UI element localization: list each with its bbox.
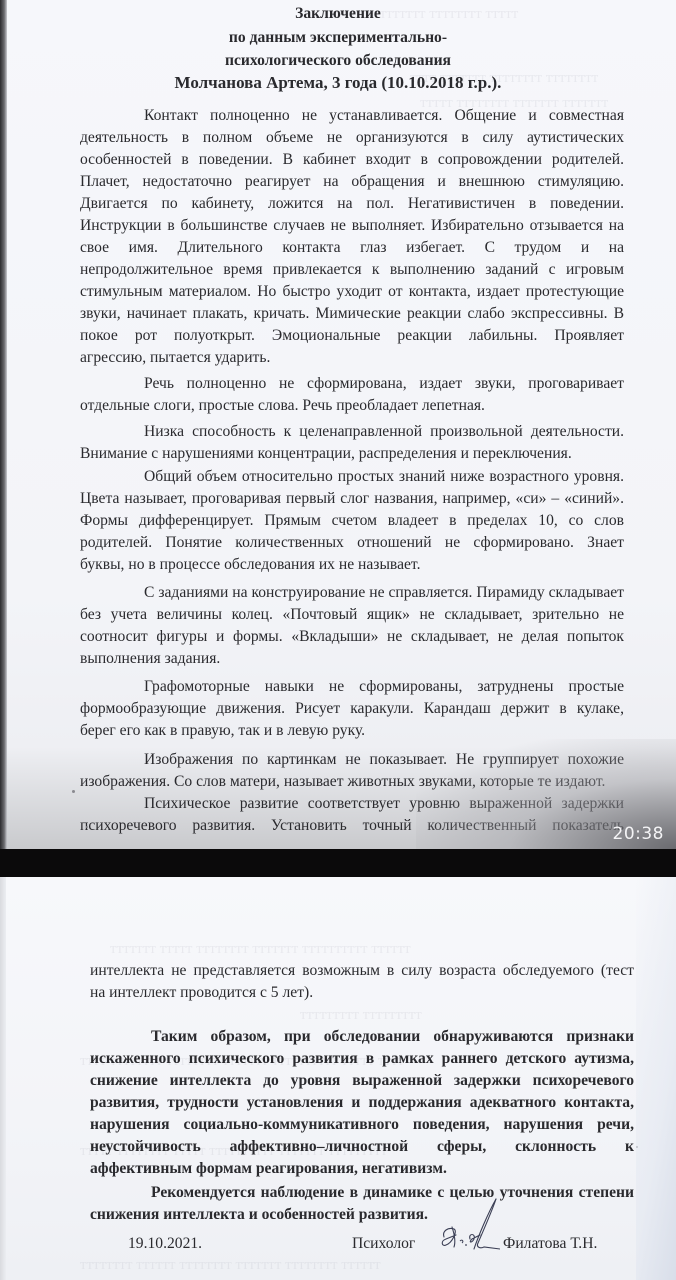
body-line: Психическое развитие соответствует уровн…	[144, 793, 624, 815]
body-line: Изображения по картинкам не показывает. …	[144, 749, 624, 771]
body-line: Двигается по кабинету, ложится на пол. Н…	[80, 193, 624, 215]
body-line: непродолжительное время привлекается к в…	[80, 259, 624, 281]
body-line: отдельные слоги, простые слова. Речь пре…	[80, 395, 485, 417]
conclusion-line: аффективным формам реагирования, негатив…	[90, 1158, 447, 1180]
body-line: стимульным материалом. Но быстро уходит …	[80, 281, 624, 303]
body-line: Инструкции в большинстве случаев не выпо…	[80, 215, 624, 237]
timestamp-overlay: 20:38	[613, 824, 665, 844]
body-line: особенностей в поведении. В кабинет вход…	[80, 149, 624, 171]
document-page-1: ттттт тттттттт ттттттт ттттттт тттттттт …	[0, 0, 676, 849]
body-line: выполнения задания.	[80, 648, 220, 670]
document-date: 19.10.2021.	[128, 1233, 202, 1255]
conclusion-line: неустойчивость аффективно–личностной сфе…	[90, 1136, 634, 1158]
bleed-through-text: тттттт тттттттт ттттттт тттттттт тттттт …	[80, 1257, 381, 1274]
body-line: Цвета называет, проговаривая первый слог…	[80, 488, 624, 510]
recommendation-line: Рекомендуется наблюдение в динамике с це…	[151, 1182, 634, 1204]
conclusion-line: искаженного психического развития в рамк…	[90, 1048, 634, 1070]
body-line: С заданиями на конструирование не справл…	[144, 582, 624, 604]
body-line: Плачет, недостаточно реагирует на обраще…	[80, 171, 624, 193]
body-line: соотносит фигуры и формы. «Вкладыши» не …	[80, 626, 624, 648]
signer-name: Филатова Т.Н.	[503, 1233, 597, 1255]
body-line: изображения. Со слов матери, называет жи…	[80, 771, 605, 793]
signature-icon	[438, 1197, 500, 1257]
body-line: Низка способность к целенаправленной про…	[144, 421, 624, 443]
body-line: Внимание с нарушениями концентрации, рас…	[80, 443, 572, 465]
body-line: на интеллект проводится с 5 лет).	[90, 982, 313, 1004]
document-subtitle-line-2: психологического обследования	[0, 50, 676, 72]
body-line: свое имя. Длительного контакта глаз избе…	[80, 237, 624, 259]
patient-name: Молчанова Артема, 3 года (10.10.2018 г.р…	[0, 72, 676, 94]
body-line: агрессию, пытается ударить.	[80, 347, 270, 369]
paper-speck	[72, 790, 75, 793]
conclusion-line: снижение интеллекта до уровня выраженной…	[90, 1070, 634, 1092]
document-page-2: тттттт тттттттттт ттттттт тттттттт ттттт…	[0, 877, 676, 1280]
body-line: без учета величины колец. «Почтовый ящик…	[80, 604, 624, 626]
paper-speck	[636, 1146, 638, 1148]
body-line: родителей. Понятие количественных отноше…	[80, 532, 624, 554]
recommendation-line: снижения интеллекта и особенностей разви…	[90, 1204, 428, 1226]
body-line: звуки, начинает плакать, кричать. Мимиче…	[80, 303, 624, 325]
body-line: Общий объем относительно простых знаний …	[144, 466, 624, 488]
signer-role: Психолог	[352, 1233, 415, 1255]
screenshot-divider	[0, 849, 676, 877]
paper-speck	[86, 826, 88, 828]
body-line: Формы дифференцирует. Прямым счетом влад…	[80, 510, 624, 532]
bleed-through-text: тттттт тттттттттт ттттттт тттттттт ттттт…	[110, 941, 411, 958]
document-title: Заключение	[0, 3, 676, 25]
conclusion-line: Таким образом, при обследовании обнаружи…	[151, 1026, 634, 1048]
conclusion-line: нарушения социально-коммуникативного пов…	[90, 1114, 634, 1136]
body-line: буквы, но в процессе обследования их не …	[80, 554, 420, 576]
body-line: психоречевого развития. Установить точны…	[80, 815, 624, 837]
body-line: Речь полноценно не сформирована, издает …	[144, 373, 624, 395]
bleed-through-text: ттттттттт ттттттттт	[300, 1007, 422, 1024]
conclusion-line: развития, трудности установления и подде…	[90, 1092, 634, 1114]
document-subtitle-line-1: по данным экспериментально-	[0, 27, 676, 49]
body-line: покое рот полуоткрыт. Эмоциональные реак…	[80, 325, 624, 347]
body-line: берег его как в правую, так и в левую ру…	[80, 720, 365, 742]
body-line: интеллекта не представляется возможным в…	[90, 960, 634, 982]
body-line: Контакт полноценно не устанавливается. О…	[144, 105, 624, 127]
body-line: формообразующие движения. Рисует каракул…	[80, 698, 624, 720]
body-line: Графомоторные навыки не сформированы, за…	[144, 676, 624, 698]
body-line: деятельность в полном объеме не организу…	[80, 127, 624, 149]
